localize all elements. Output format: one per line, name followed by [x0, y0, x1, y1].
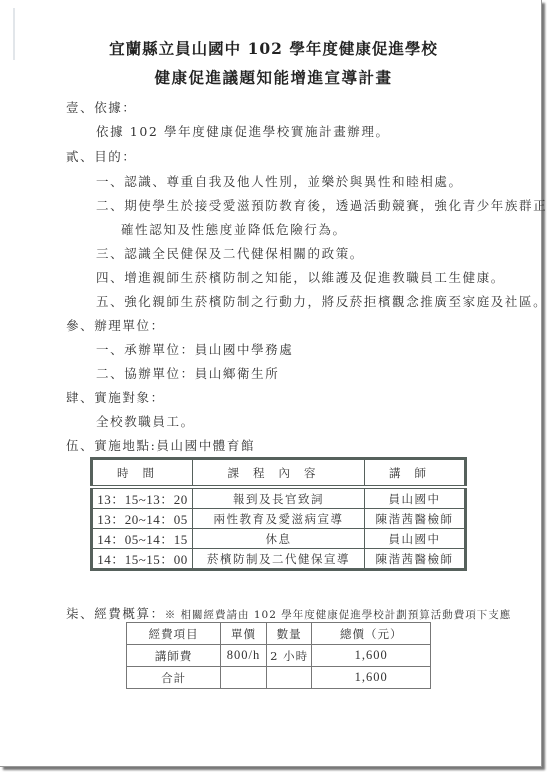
schedule-time: 13：20~14：05 [92, 509, 193, 529]
section-budget-heading: 柒、經費概算： [66, 606, 165, 621]
purpose-item-3: 三、認識全民健保及二代健保相關的政策。 [96, 244, 364, 262]
header-unit-price: 單價 [221, 623, 267, 645]
schedule-speaker: 員山國中 [365, 487, 466, 509]
budget-unit-price [221, 667, 267, 689]
schedule-content: 休息 [192, 529, 364, 549]
header-time: 時間 [92, 459, 193, 488]
section-location: 伍、實施地點:員山國中體育館 [66, 436, 255, 454]
purpose-item-4: 四、增進親師生菸檳防制之知能，以維護及促進教職員工生健康。 [96, 268, 505, 286]
budget-quantity [266, 667, 312, 689]
purpose-item-1: 一、認識、尊重自我及他人性別，並樂於與異性和睦相處。 [96, 172, 463, 190]
budget-total: 1,600 [312, 645, 431, 667]
schedule-header-row: 時間 課程內容 講師 [92, 459, 466, 488]
schedule-content: 報到及長官致詞 [192, 487, 364, 509]
organizer-item-2: 二、協辦單位：員山鄉衛生所 [96, 364, 279, 382]
table-row: 講師費 800/h 2 小時 1,600 [127, 645, 431, 667]
budget-total: 1,600 [312, 667, 431, 689]
header-item: 經費項目 [127, 623, 221, 645]
section-target-heading: 肆、實施對象： [66, 388, 165, 406]
header-content: 課程內容 [192, 459, 364, 488]
organizer-item-1: 一、承辦單位：員山國中學務處 [96, 340, 293, 358]
document-page: 宜蘭縣立員山國中 102 學年度健康促進學校 健康促進議題知能增進宣導計畫 壹、… [0, 0, 542, 767]
purpose-item-2-cont: 確性認知及性態度並降低危險行為。 [121, 220, 347, 238]
table-row: 13：15~13：20 報到及長官致詞 員山國中 [92, 487, 466, 509]
table-row: 14：05~14：15 休息 員山國中 [92, 529, 466, 549]
budget-item: 講師費 [127, 645, 221, 667]
table-row: 合計 1,600 [127, 667, 431, 689]
schedule-content: 菸檳防制及二代健保宣導 [192, 549, 364, 570]
header-total: 總價（元） [312, 623, 431, 645]
purpose-item-5: 五、強化親師生菸檳防制之行動力，將反菸拒檳觀念推廣至家庭及社區。 [96, 292, 547, 310]
budget-table: 經費項目 單價 數量 總價（元） 講師費 800/h 2 小時 1,600 合計… [126, 622, 431, 689]
schedule-content: 兩性教育及愛滋病宣導 [192, 509, 364, 529]
table-row: 13：20~14：05 兩性教育及愛滋病宣導 陳湝茜醫檢師 [92, 509, 466, 529]
section-basis-heading: 壹、依據： [66, 98, 137, 116]
document-subtitle: 健康促進議題知能增進宣導計畫 [0, 66, 547, 88]
schedule-time: 14：15~15：00 [92, 549, 193, 570]
schedule-speaker: 陳湝茜醫檢師 [365, 509, 466, 529]
budget-header-row: 經費項目 單價 數量 總價（元） [127, 623, 431, 645]
budget-quantity: 2 小時 [266, 645, 312, 667]
schedule-time: 13：15~13：20 [92, 487, 193, 509]
section-budget-note: ※ 相關經費請由 102 學年度健康促進學校計劃預算活動費項下支應 [165, 609, 512, 621]
section-organizers-heading: 參、辦理單位： [66, 316, 165, 334]
schedule-speaker: 員山國中 [365, 529, 466, 549]
section-budget: 柒、經費概算：※ 相關經費請由 102 學年度健康促進學校計劃預算活動費項下支應 [66, 604, 511, 622]
document-title: 宜蘭縣立員山國中 102 學年度健康促進學校 [0, 37, 547, 59]
schedule-time: 14：05~14：15 [92, 529, 193, 549]
schedule-speaker: 陳湝茜醫檢師 [365, 549, 466, 570]
table-row: 14：15~15：00 菸檳防制及二代健保宣導 陳湝茜醫檢師 [92, 549, 466, 570]
budget-item: 合計 [127, 667, 221, 689]
budget-unit-price: 800/h [221, 645, 267, 667]
header-speaker: 講師 [365, 459, 466, 488]
header-quantity: 數量 [266, 623, 312, 645]
section-purpose-heading: 貳、目的： [66, 147, 137, 165]
schedule-table: 時間 課程內容 講師 13：15~13：20 報到及長官致詞 員山國中 13：2… [90, 457, 467, 571]
section-target-text: 全校教職員工。 [96, 412, 195, 430]
purpose-item-2: 二、期使學生於接受愛滋預防教育後，透過活動競賽，強化青少年族群正 [96, 196, 547, 214]
section-basis-text: 依據 102 學年度健康促進學校實施計畫辦理。 [96, 122, 390, 140]
